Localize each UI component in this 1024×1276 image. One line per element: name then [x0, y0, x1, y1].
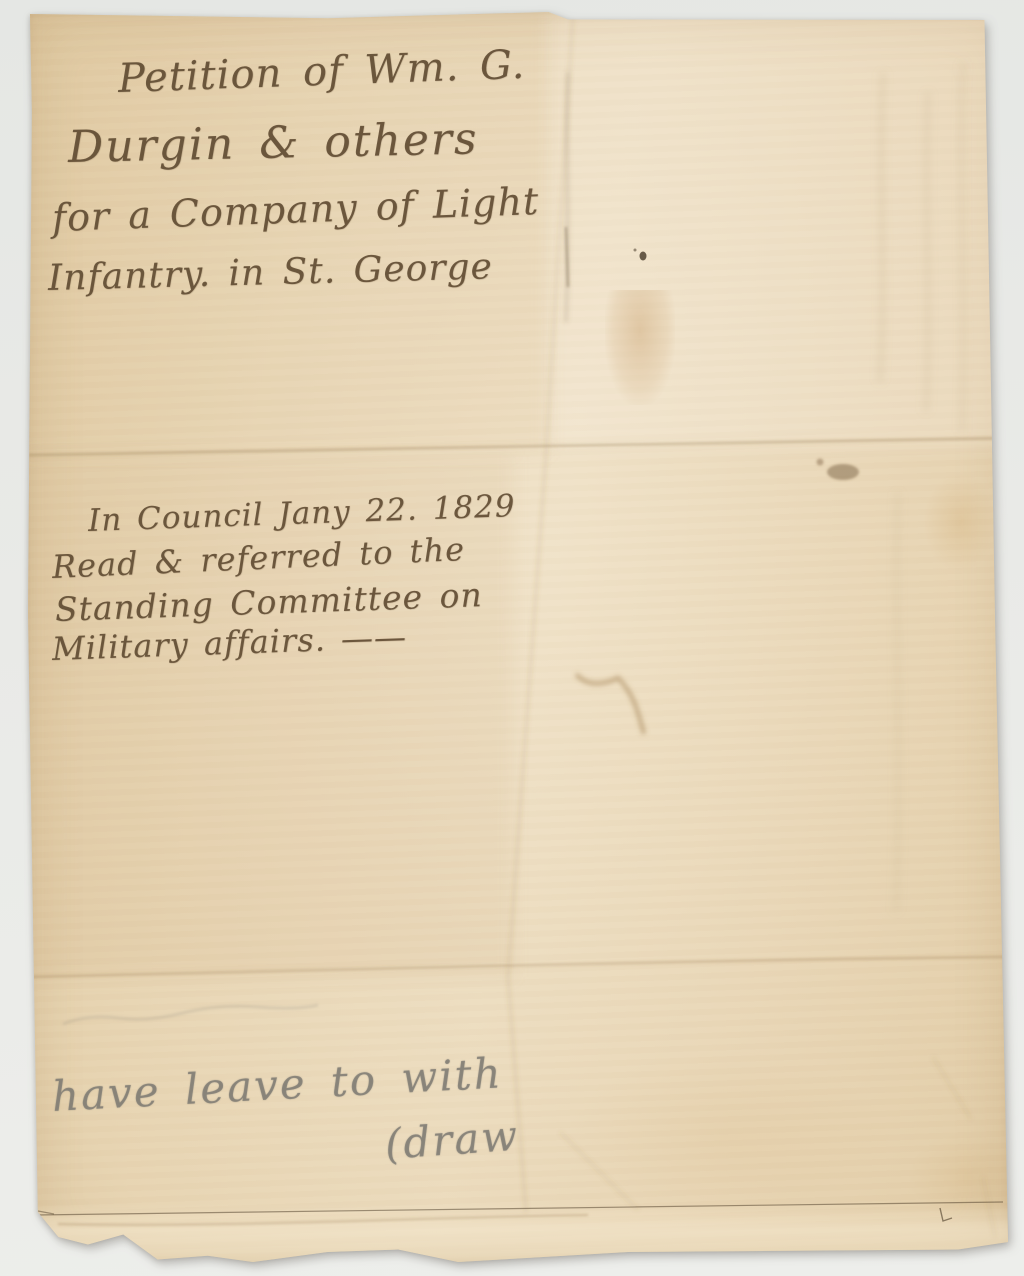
bottom-flap-line	[36, 1202, 1003, 1215]
vertical-fold-lower	[508, 455, 546, 1212]
bottom-flap-crease	[58, 1215, 588, 1225]
ink-fleck-small	[634, 249, 637, 252]
ink-fleck-large	[640, 252, 647, 261]
paper-surface: Petition of Wm. G. Durgin & others for a…	[28, 12, 1010, 1262]
docket-line-2: Durgin & others	[67, 113, 479, 173]
show-through-streak-3	[961, 62, 963, 432]
horizontal-fold-lower	[28, 957, 1010, 977]
scanner-background: Petition of Wm. G. Durgin & others for a…	[0, 0, 1024, 1276]
show-through-streak-1	[880, 72, 883, 382]
horizontal-fold-upper	[28, 438, 1010, 455]
dark-spot-right-mid	[827, 464, 859, 480]
crease-smudge-dash	[566, 227, 568, 287]
bottom-l-mark	[940, 1208, 952, 1221]
dark-spot-companion	[817, 459, 824, 466]
show-through-streak-4	[896, 492, 898, 912]
bottom-diagonal-crease	[560, 1132, 638, 1210]
pencil-line-2: (draw	[383, 1111, 520, 1169]
squiggle-stain	[576, 674, 644, 734]
bottom-left-tick	[38, 1211, 54, 1214]
corner-crease-right-2	[983, 1177, 995, 1237]
faint-pencil-trace	[63, 1005, 318, 1024]
show-through-streak-2	[926, 92, 928, 412]
document-paper: Petition of Wm. G. Durgin & others for a…	[28, 12, 1010, 1262]
corner-crease-right	[933, 1057, 971, 1119]
